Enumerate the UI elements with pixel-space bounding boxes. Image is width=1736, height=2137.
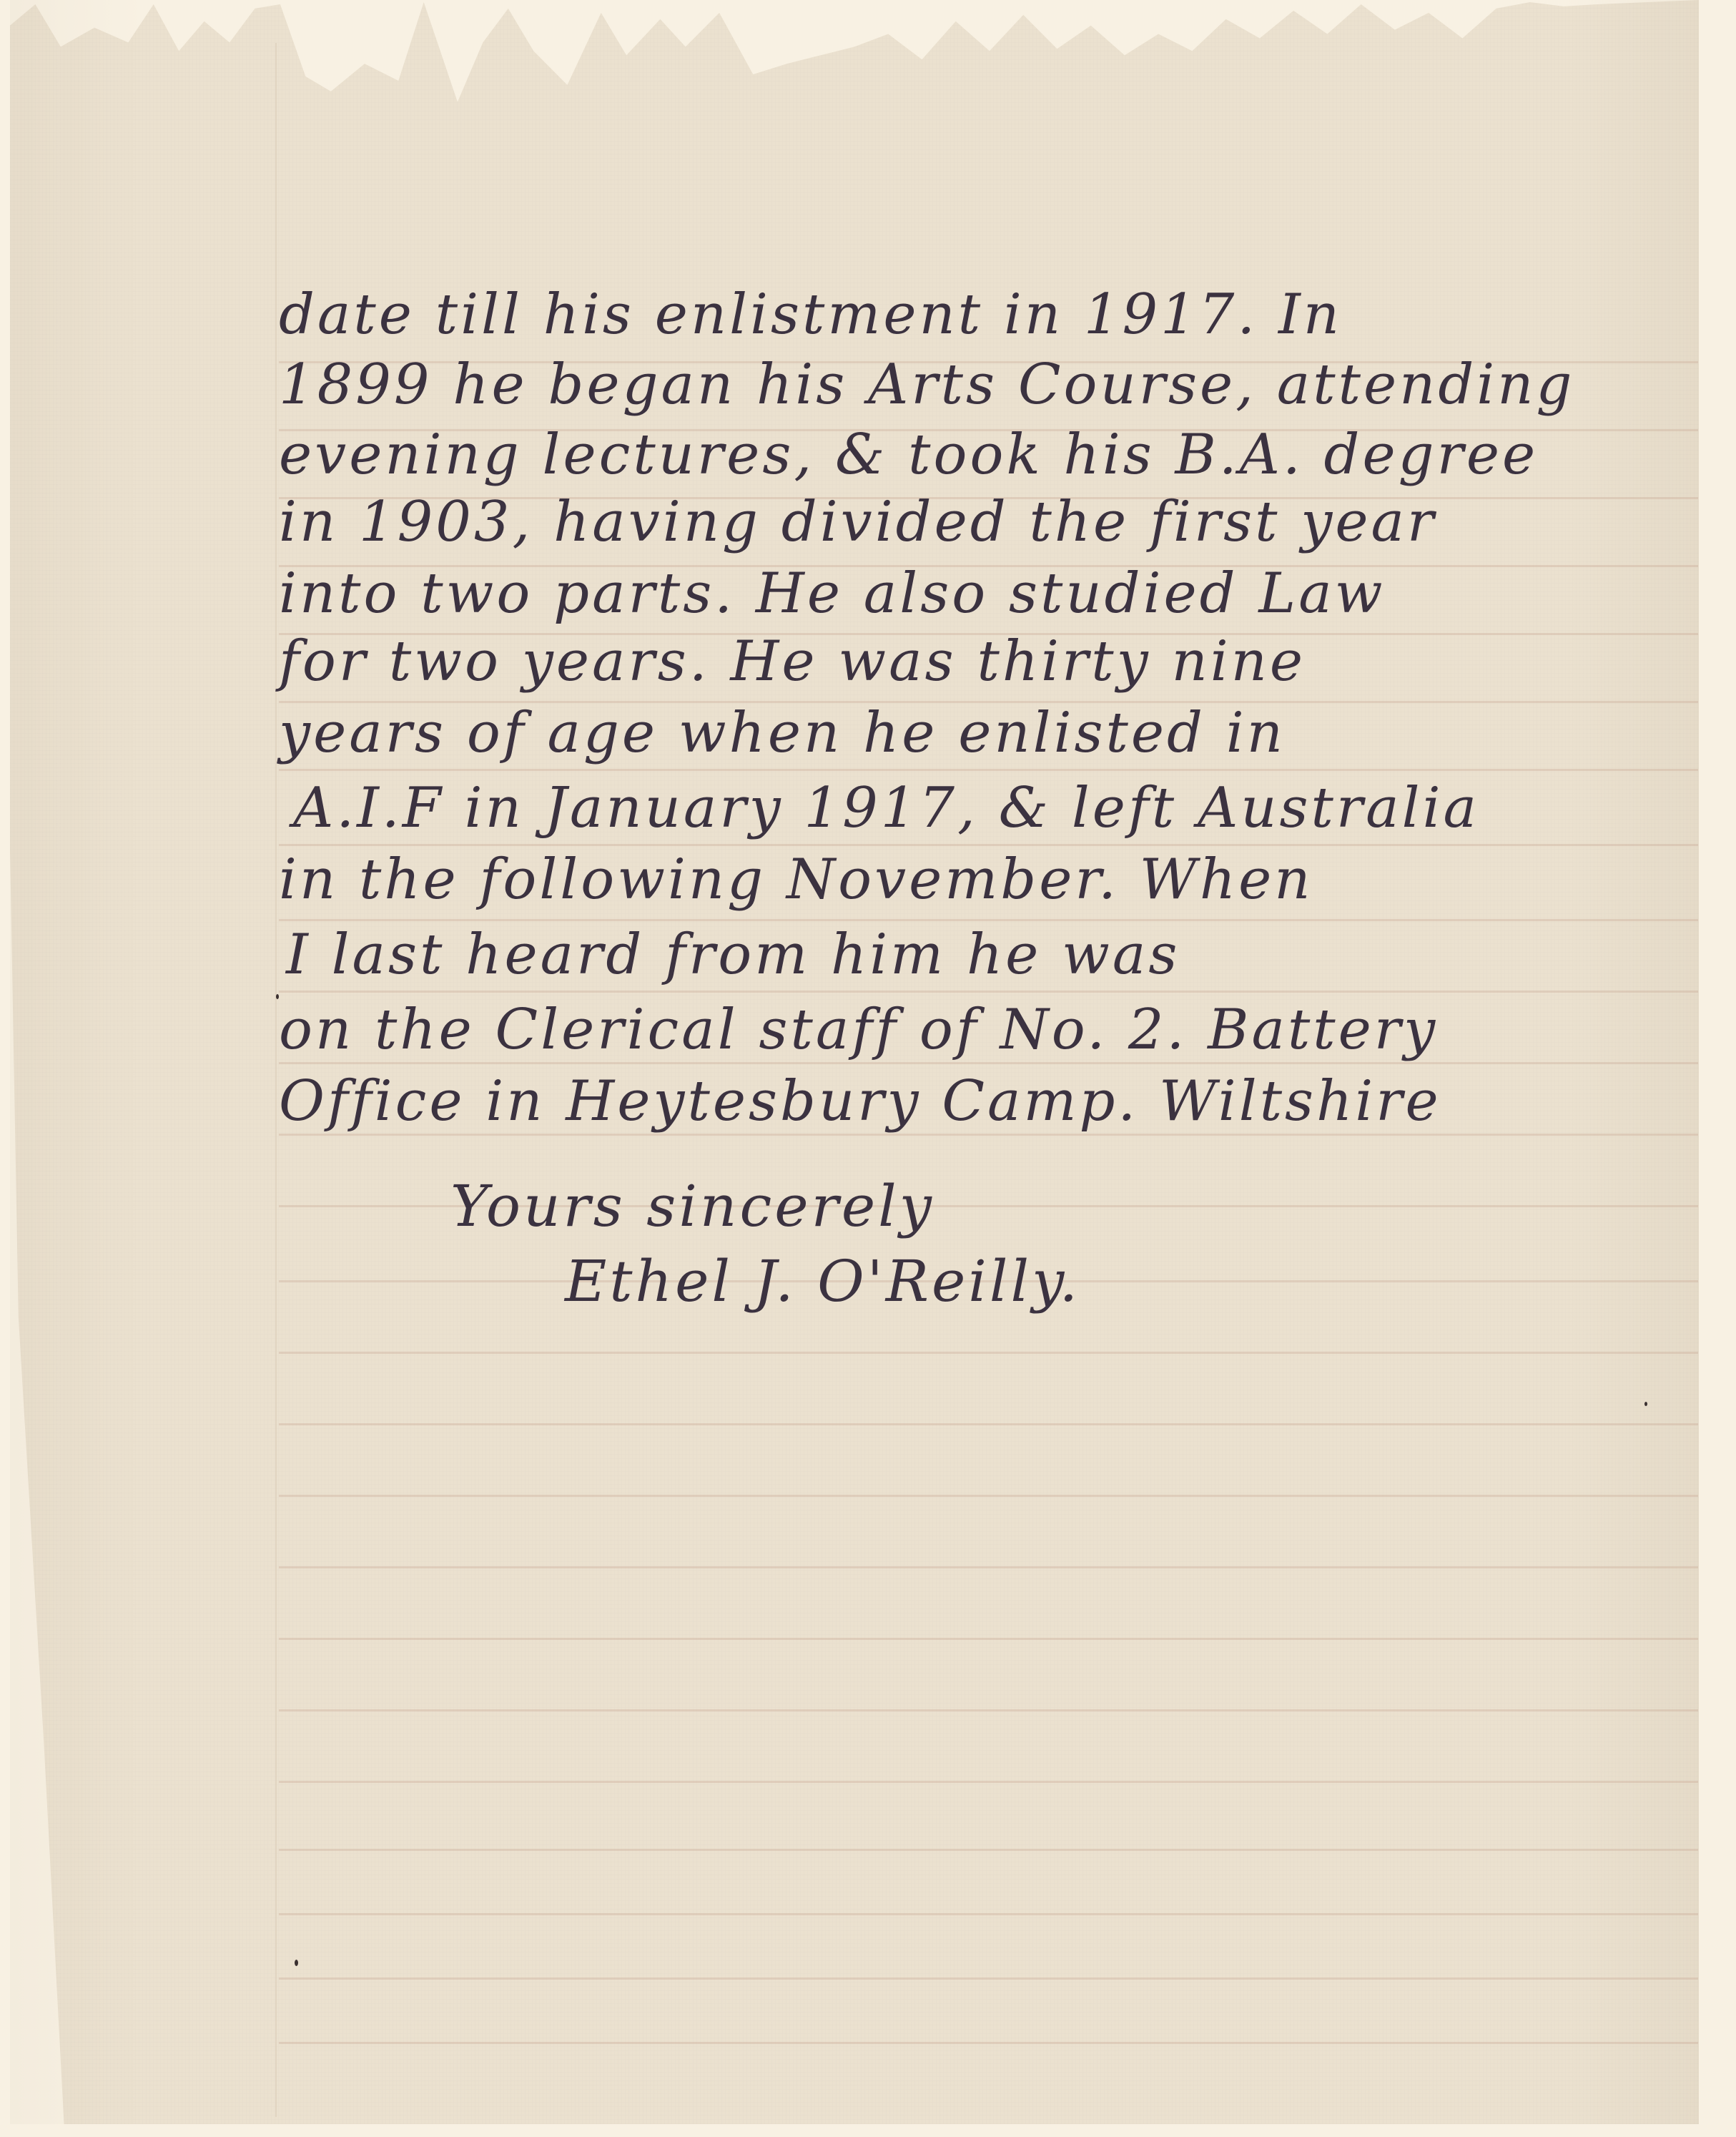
rule-line	[279, 1495, 1698, 1497]
rule-line	[279, 1352, 1698, 1354]
rule-line	[279, 1913, 1698, 1915]
letter-line: into two parts. He also studied Law	[279, 558, 1385, 629]
signature: Ethel J. O'Reilly.	[565, 1248, 1080, 1315]
letter-line: on the Clerical staff of No. 2. Battery	[279, 994, 1438, 1066]
letter-line: for two years. He was thirty nine	[279, 626, 1306, 697]
rule-line	[279, 1978, 1698, 1980]
rule-line	[279, 1423, 1698, 1425]
letter-line: date till his enlistment in 1917. In	[279, 279, 1342, 350]
letter-line: A.I.F in January 1917, & left Australia	[293, 772, 1479, 844]
rule-line	[279, 2042, 1698, 2044]
rule-line	[279, 1638, 1698, 1640]
rule-line	[279, 1781, 1698, 1783]
letter-line: 1899 he began his Arts Course, attending	[279, 349, 1574, 421]
letter-line: I last heard from him he was	[286, 919, 1180, 991]
letter-line: years of age when he enlisted in	[279, 697, 1286, 769]
letter-line: in the following November. When	[279, 844, 1313, 915]
rule-line	[279, 1566, 1698, 1568]
ink-speck	[276, 994, 279, 999]
rule-line	[279, 1849, 1698, 1851]
ink-speck	[295, 1960, 298, 1966]
rule-line	[279, 991, 1698, 993]
letter-line: in 1903, having divided the first year	[279, 486, 1436, 558]
letter-line: evening lectures, & took his B.A. degree	[279, 419, 1538, 491]
rule-line	[279, 769, 1698, 771]
ink-speck	[1644, 1402, 1647, 1406]
letter-line: Office in Heytesbury Camp. Wiltshire	[279, 1066, 1441, 1137]
closing-salutation: Yours sincerely	[450, 1173, 934, 1239]
rule-line	[279, 1709, 1698, 1711]
margin-rule	[275, 43, 277, 2117]
